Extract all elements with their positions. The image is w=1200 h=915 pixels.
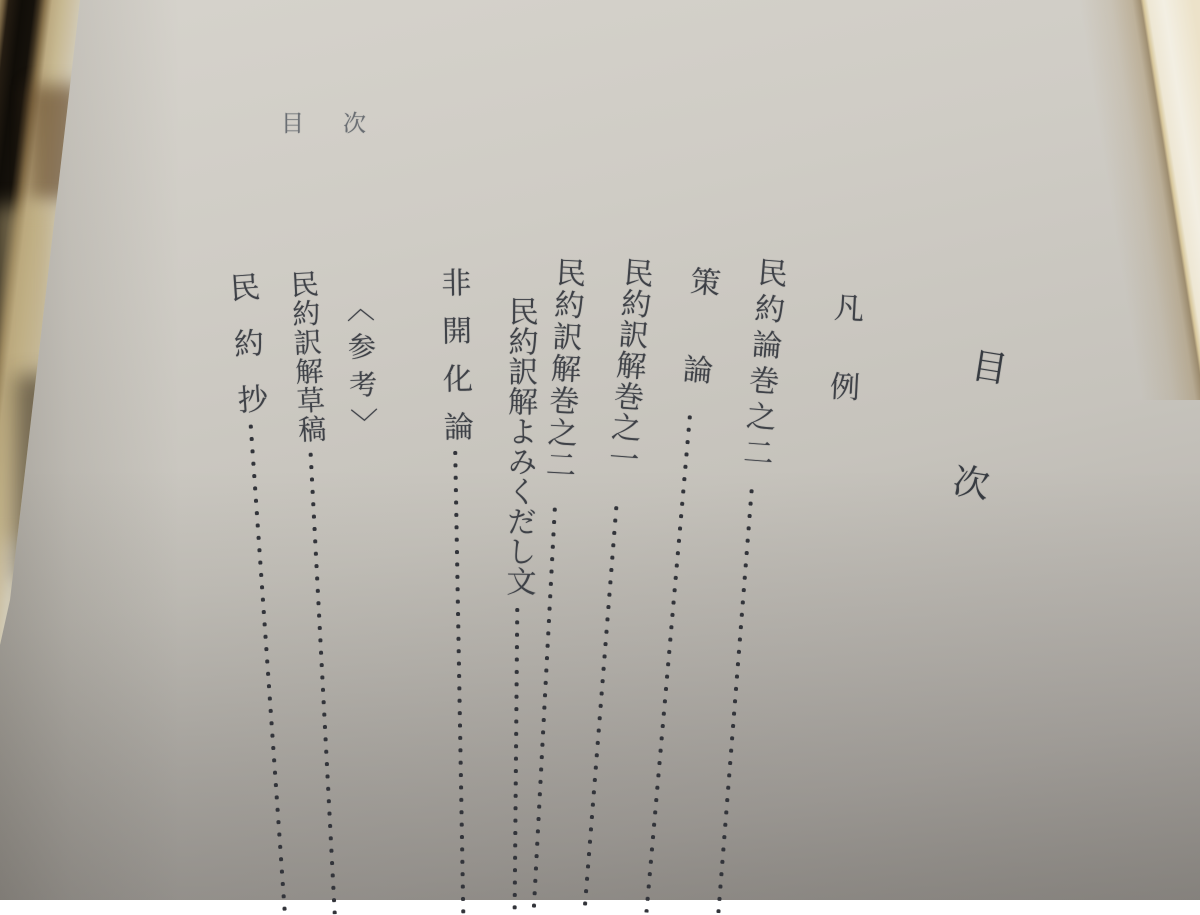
toc-entry-label: 凡例 bbox=[816, 291, 868, 451]
leader-dots bbox=[452, 450, 466, 900]
toc-section-sanko: 〈参考〉 bbox=[337, 293, 382, 446]
leader-dots bbox=[512, 607, 521, 900]
fore-edge-khaki-patch bbox=[0, 205, 56, 540]
toc-entry-label: 民約訳解よみくだし文 bbox=[495, 296, 542, 596]
toc-entry-label: 民約抄 bbox=[218, 270, 274, 441]
toc-entry-label: 〈参考〉 bbox=[337, 293, 382, 446]
leader-dots bbox=[715, 488, 754, 900]
leader-dots bbox=[248, 423, 288, 900]
toc-entry-label: 策論 bbox=[666, 264, 725, 443]
leader-dots bbox=[308, 452, 338, 900]
toc-entry-label: 民約訳解巻之二 bbox=[534, 256, 590, 482]
toc-entry-yomikudashi: 民約訳解よみくだし文 bbox=[495, 296, 540, 900]
page-title: 目次 bbox=[940, 346, 1016, 583]
toc-entry-label: 民約論巻之二 bbox=[731, 255, 792, 474]
toc-entry-label: 民約訳解草稿 bbox=[281, 269, 330, 445]
toc-entry-label: 非開化論 bbox=[430, 267, 477, 460]
toc-entry-hikaikaron: 非開化論 bbox=[432, 267, 483, 900]
fore-edge-brown-patch bbox=[30, 85, 82, 200]
fore-edge-dark-patch bbox=[16, 375, 62, 580]
facing-page-curl bbox=[1020, 0, 1200, 400]
leader-dots bbox=[643, 414, 693, 900]
page-header: 目次 bbox=[281, 105, 405, 138]
toc-entry-label: 民約訳解巻之一 bbox=[597, 255, 658, 475]
toc-entry-hanrei: 凡例 bbox=[818, 291, 866, 451]
book-fore-edge bbox=[0, 0, 90, 680]
book-page: 目次 目次 凡例 民約論巻之二 策論 民約訳解巻之一 民約訳解巻之二 民約訳解よ… bbox=[0, 0, 1200, 900]
leader-dots bbox=[581, 505, 619, 900]
